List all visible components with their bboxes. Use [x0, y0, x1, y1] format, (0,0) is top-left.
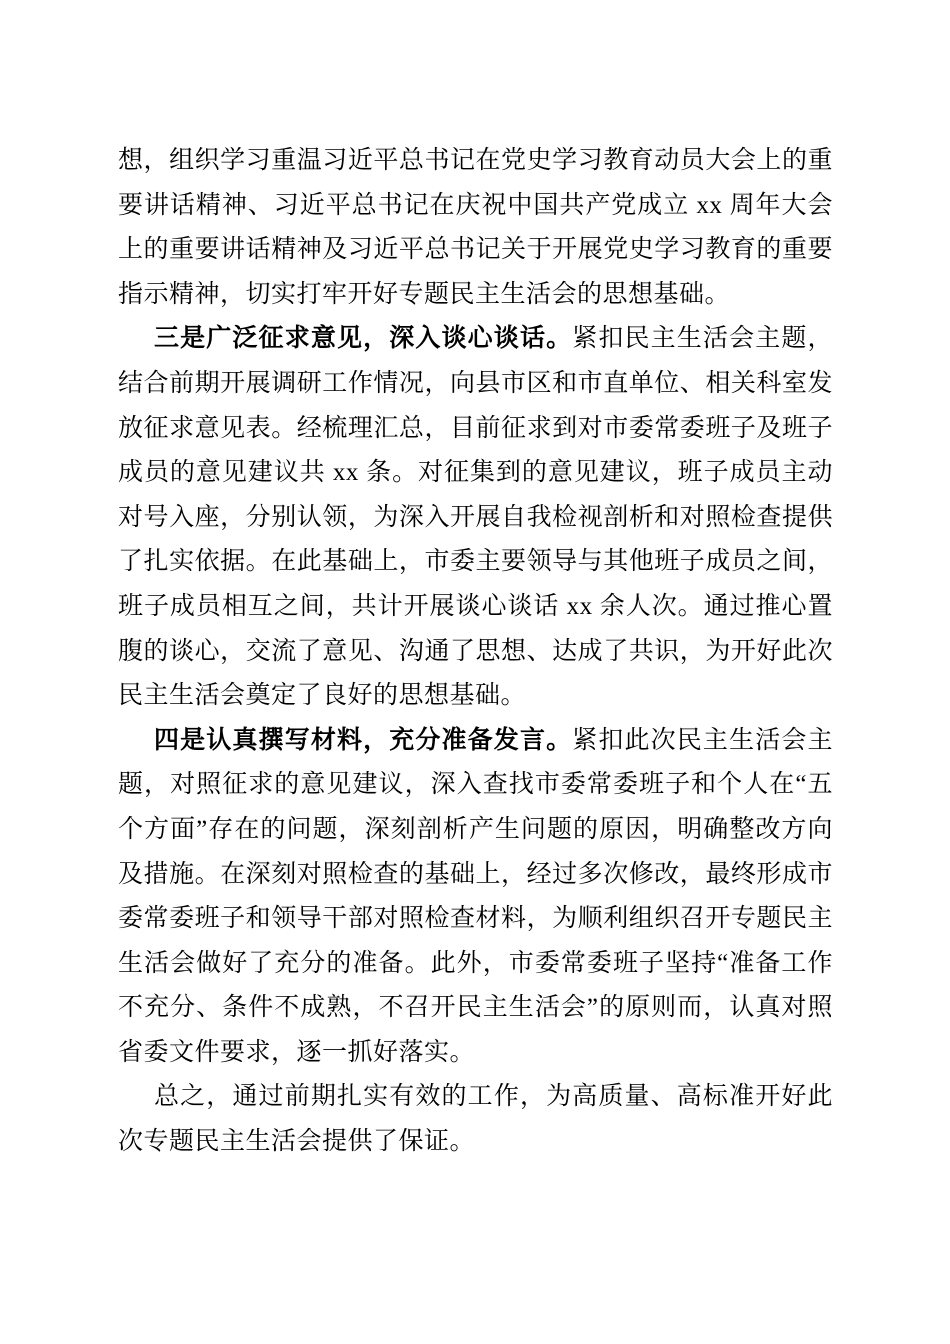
document-body: 想，组织学习重温习近平总书记在党史学习教育动员大会上的重要讲话精神、习近平总书记… — [118, 139, 833, 1165]
paragraph-text: 总之，通过前期扎实有效的工作，为高质量、高标准开好此次专题民主生活会提供了保证。 — [118, 1083, 833, 1155]
paragraph-continuation: 想，组织学习重温习近平总书记在党史学习教育动员大会上的重要讲话精神、习近平总书记… — [118, 139, 833, 317]
paragraph-text: 紧扣民主生活会主题，结合前期开展调研工作情况，向县市区和市直单位、相关科室发放征… — [118, 325, 833, 709]
paragraph-lead: 三是广泛征求意见，深入谈心谈话。 — [154, 325, 572, 352]
paragraph-point-four: 四是认真撰写材料，充分准备发言。紧扣此次民主生活会主题，对照征求的意见建议，深入… — [118, 719, 833, 1076]
document-page: 想，组织学习重温习近平总书记在党史学习教育动员大会上的重要讲话精神、习近平总书记… — [0, 0, 950, 1344]
paragraph-point-three: 三是广泛征求意见，深入谈心谈话。紧扣民主生活会主题，结合前期开展调研工作情况，向… — [118, 317, 833, 718]
paragraph-conclusion: 总之，通过前期扎实有效的工作，为高质量、高标准开好此次专题民主生活会提供了保证。 — [118, 1075, 833, 1164]
paragraph-text: 紧扣此次民主生活会主题，对照征求的意见建议，深入查找市委常委班子和个人在“五个方… — [118, 727, 833, 1066]
paragraph-lead: 四是认真撰写材料，充分准备发言。 — [154, 727, 572, 754]
paragraph-text: 想，组织学习重温习近平总书记在党史学习教育动员大会上的重要讲话精神、习近平总书记… — [118, 147, 833, 308]
